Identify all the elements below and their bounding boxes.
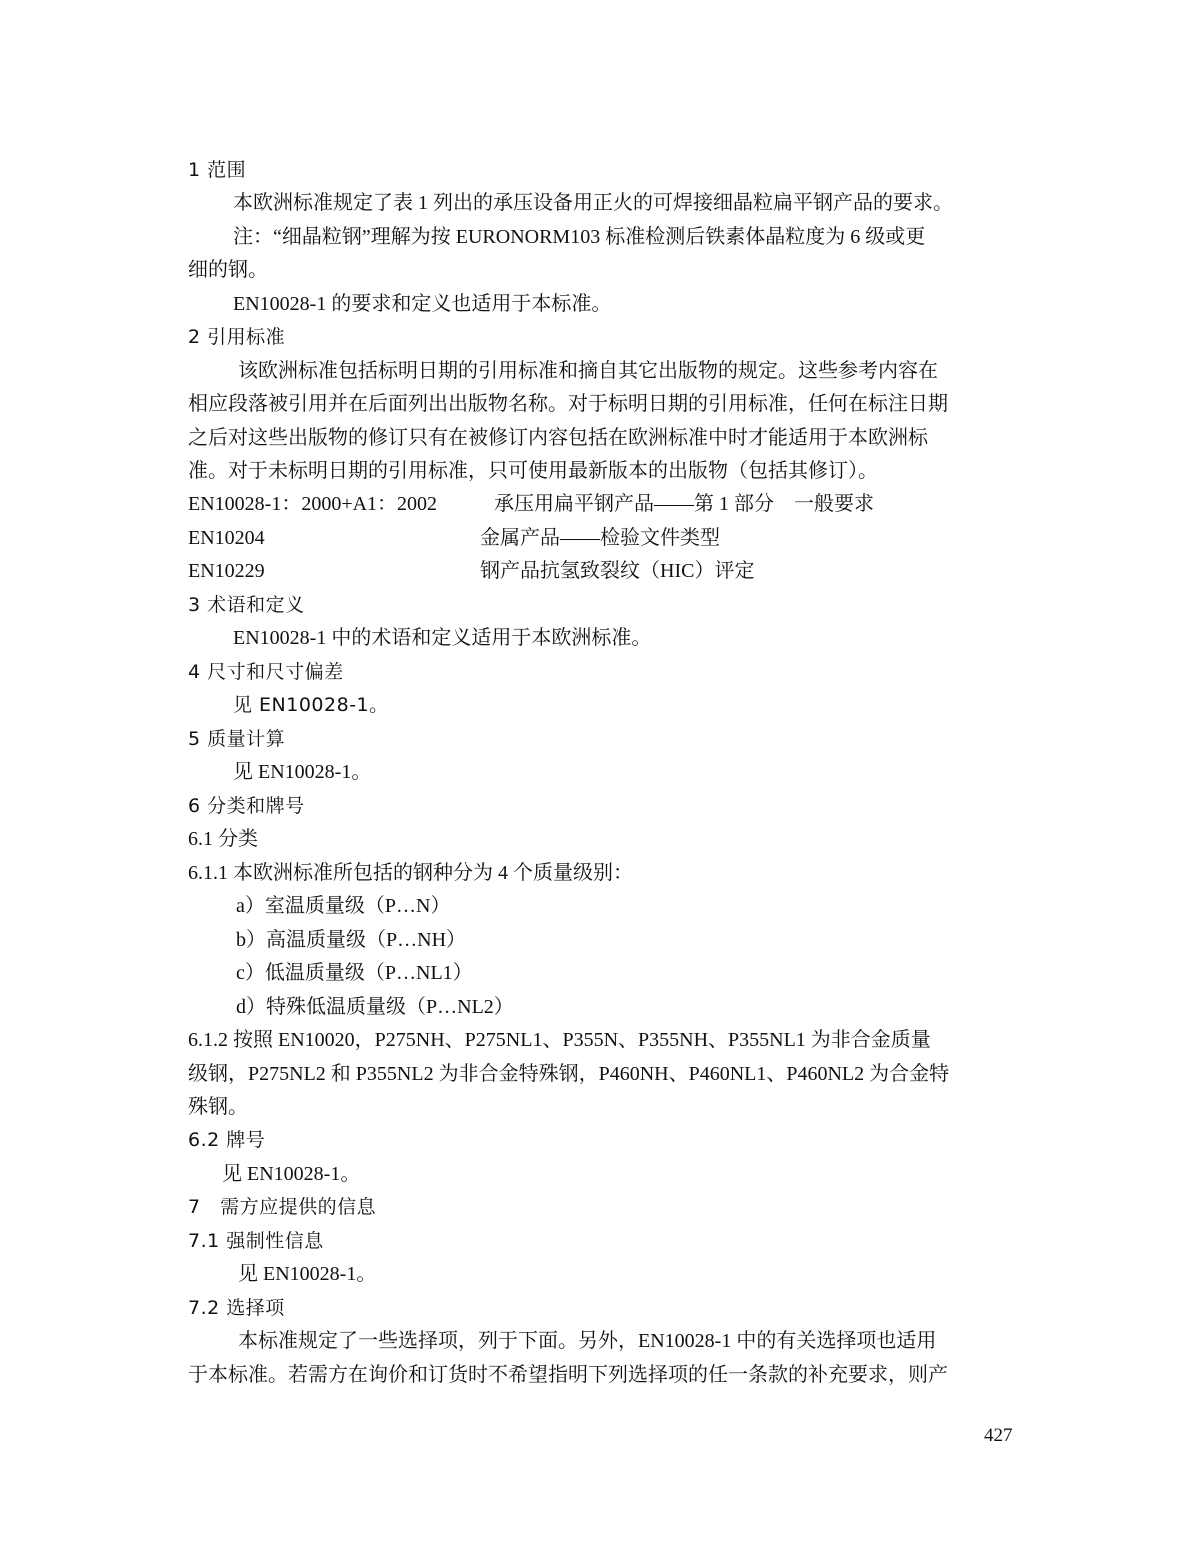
- document-page: 1 范围 本欧洲标准规定了表 1 列出的承压设备用正火的可焊接细晶粒扁平钢产品的…: [0, 0, 1200, 1548]
- section-6-1-heading: 6.1 分类: [188, 827, 258, 851]
- section-2-line-4: 准。对于未标明日期的引用标准，只可使用最新版本的出版物（包括其修订）。: [188, 459, 878, 483]
- grade-list-item: b）高温质量级（P…NH）: [236, 928, 466, 952]
- reference-row: EN10229 钢产品抗氢致裂纹（HIC）评定: [188, 559, 1018, 583]
- section-3-heading: 3 术语和定义: [188, 593, 305, 617]
- section-2-line-3: 之后对这些出版物的修订只有在被修订内容包括在欧洲标准中时才能适用于本欧洲标: [188, 426, 928, 450]
- section-7-2-line-2: 于本标准。若需方在询价和订货时不希望指明下列选择项的任一条款的补充要求，则产: [188, 1363, 948, 1387]
- section-6-2-paragraph: 见 EN10028-1。: [222, 1162, 360, 1186]
- section-6-1-2-line-3: 殊钢。: [188, 1095, 248, 1119]
- section-6-heading: 6 分类和牌号: [188, 794, 305, 818]
- section-2-line-1: 该欧洲标准包括标明日期的引用标准和摘自其它出版物的规定。这些参考内容在: [238, 359, 938, 383]
- section-7-2-heading: 7.2 选择项: [188, 1296, 285, 1320]
- section-4-paragraph: 见 EN10028-1。: [233, 693, 389, 717]
- reference-title: 金属产品——检验文件类型: [480, 526, 720, 550]
- section-6-2-heading: 6.2 牌号: [188, 1128, 265, 1152]
- section-2-heading: 2 引用标准: [188, 325, 285, 349]
- section-1-paragraph: 本欧洲标准规定了表 1 列出的承压设备用正火的可焊接细晶粒扁平钢产品的要求。: [233, 191, 953, 215]
- section-2-line-2: 相应段落被引用并在后面列出出版物名称。对于标明日期的引用标准，任何在标注日期: [188, 392, 948, 416]
- section-7-1-heading: 7.1 强制性信息: [188, 1229, 324, 1253]
- section-1-heading: 1 范围: [188, 158, 246, 182]
- section-1-note-line-2: 细的钢。: [188, 258, 268, 282]
- reference-code: EN10028-1：2000+A1：2002: [188, 492, 437, 516]
- section-7-heading: 7 需方应提供的信息: [188, 1195, 376, 1219]
- section-4-heading: 4 尺寸和尺寸偏差: [188, 660, 344, 684]
- grade-list-item: d）特殊低温质量级（P…NL2）: [236, 995, 514, 1019]
- section-1-paragraph-2: EN10028-1 的要求和定义也适用于本标准。: [233, 292, 611, 316]
- reference-row: EN10204 金属产品——检验文件类型: [188, 526, 1018, 550]
- section-5-heading: 5 质量计算: [188, 727, 285, 751]
- page-number: 427: [984, 1425, 1013, 1447]
- section-5-paragraph: 见 EN10028-1。: [233, 760, 371, 784]
- reference-title: 钢产品抗氢致裂纹（HIC）评定: [480, 559, 754, 583]
- grade-list-item: c）低温质量级（P…NL1）: [236, 961, 473, 985]
- grade-list-item: a）室温质量级（P…N）: [236, 894, 450, 918]
- section-7-2-line-1: 本标准规定了一些选择项，列于下面。另外，EN10028-1 中的有关选择项也适用: [238, 1329, 936, 1353]
- section-7-1-paragraph: 见 EN10028-1。: [238, 1262, 376, 1286]
- section-6-1-2-line-1: 6.1.2 按照 EN10020，P275NH、P275NL1、P355N、P3…: [188, 1028, 931, 1052]
- reference-row: EN10028-1：2000+A1：2002 承压用扁平钢产品——第 1 部分 …: [188, 492, 1018, 516]
- section-3-paragraph: EN10028-1 中的术语和定义适用于本欧洲标准。: [233, 626, 651, 650]
- reference-code: EN10229: [188, 559, 265, 583]
- reference-code: EN10204: [188, 526, 265, 550]
- section-6-1-2-line-2: 级钢，P275NL2 和 P355NL2 为非合金特殊钢，P460NH、P460…: [188, 1062, 949, 1086]
- section-1-note-line-1: 注：“细晶粒钢”理解为按 EURONORM103 标准检测后铁素体晶粒度为 6 …: [233, 225, 925, 249]
- reference-title: 承压用扁平钢产品——第 1 部分 一般要求: [494, 492, 874, 516]
- section-6-1-1-paragraph: 6.1.1 本欧洲标准所包括的钢种分为 4 个质量级别：: [188, 861, 633, 885]
